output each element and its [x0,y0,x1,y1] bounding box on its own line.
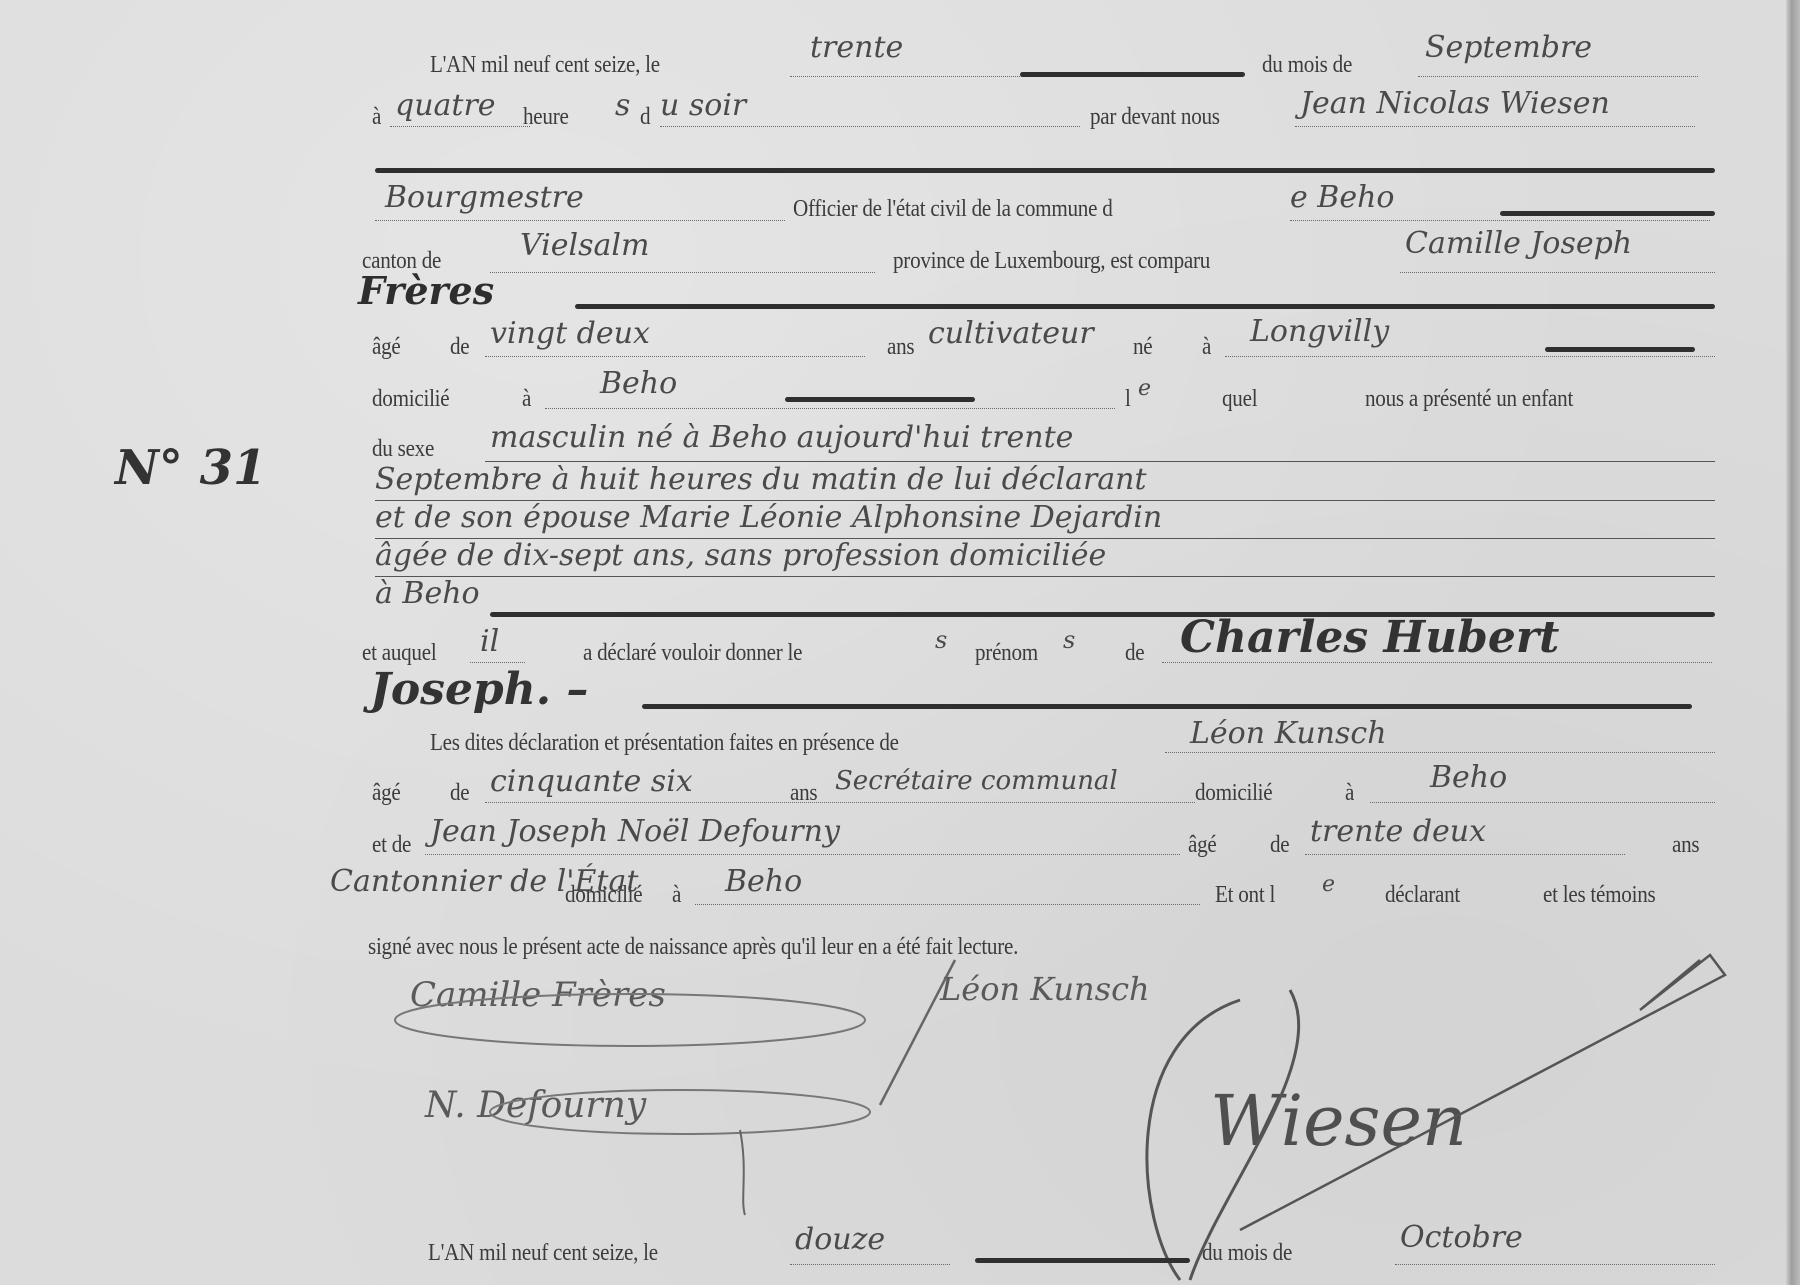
handwritten-month: Octobre [1400,1220,1523,1255]
signature-flourishes [0,0,1800,1285]
strike-bar [975,1258,1190,1263]
fill-line [1395,1264,1715,1265]
printed-text: L'AN mil neuf cent seize, le [428,1240,658,1267]
fill-line [790,1264,950,1265]
printed-text: du mois de [1202,1240,1292,1267]
handwritten-day: douze [795,1222,885,1257]
